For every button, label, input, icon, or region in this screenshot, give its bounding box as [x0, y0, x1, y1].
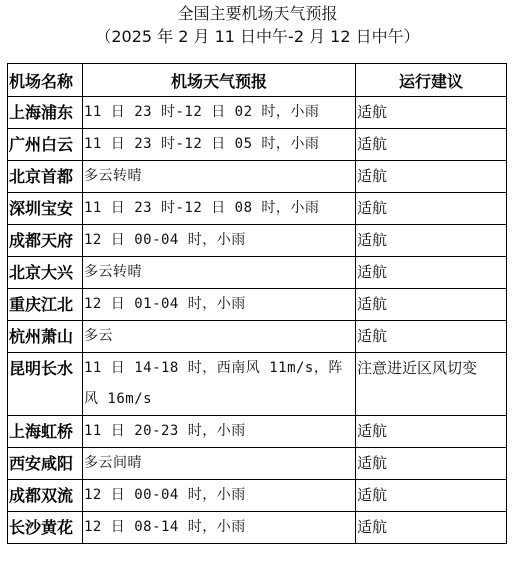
- weather-forecast: 11 日 20-23 时，小雨: [83, 416, 356, 448]
- airport-name: 成都天府: [8, 225, 83, 257]
- weather-forecast: 12 日 08-14 时，小雨: [83, 512, 356, 544]
- header-airport-name: 机场名称: [8, 64, 83, 97]
- weather-forecast: 11 日 14-18 时，西南风 11m/s，阵风 16m/s: [83, 353, 356, 416]
- weather-forecast: 11 日 23 时-12 日 02 时，小雨: [83, 97, 356, 129]
- weather-forecast: 11 日 23 时-12 日 08 时，小雨: [83, 193, 356, 225]
- table-row: 昆明长水 11 日 14-18 时，西南风 11m/s，阵风 16m/s 注意进…: [8, 353, 507, 416]
- table-row: 广州白云 11 日 23 时-12 日 05 时，小雨 适航: [8, 129, 507, 161]
- operation-advice: 适航: [356, 257, 507, 289]
- airport-name: 广州白云: [8, 129, 83, 161]
- airport-name: 北京大兴: [8, 257, 83, 289]
- table-row: 成都天府 12 日 00-04 时，小雨 适航: [8, 225, 507, 257]
- table-row: 杭州萧山 多云 适航: [8, 321, 507, 353]
- operation-advice: 注意进近区风切变: [356, 353, 507, 416]
- operation-advice: 适航: [356, 129, 507, 161]
- document-subtitle: （2025 年 2 月 11 日中午-2 月 12 日中午）: [0, 27, 515, 47]
- table-row: 上海虹桥 11 日 20-23 时，小雨 适航: [8, 416, 507, 448]
- weather-forecast: 多云间晴: [83, 448, 356, 480]
- operation-advice: 适航: [356, 480, 507, 512]
- airport-name: 重庆江北: [8, 289, 83, 321]
- table-header-row: 机场名称 机场天气预报 运行建议: [8, 64, 507, 97]
- table-row: 西安咸阳 多云间晴 适航: [8, 448, 507, 480]
- operation-advice: 适航: [356, 416, 507, 448]
- operation-advice: 适航: [356, 193, 507, 225]
- table-row: 成都双流 12 日 00-04 时，小雨 适航: [8, 480, 507, 512]
- weather-forecast: 12 日 01-04 时，小雨: [83, 289, 356, 321]
- airport-name: 成都双流: [8, 480, 83, 512]
- operation-advice: 适航: [356, 225, 507, 257]
- operation-advice: 适航: [356, 321, 507, 353]
- weather-forecast: 11 日 23 时-12 日 05 时，小雨: [83, 129, 356, 161]
- operation-advice: 适航: [356, 97, 507, 129]
- weather-forecast: 12 日 00-04 时，小雨: [83, 225, 356, 257]
- airport-name: 上海虹桥: [8, 416, 83, 448]
- table-row: 北京大兴 多云转晴 适航: [8, 257, 507, 289]
- airport-name: 深圳宝安: [8, 193, 83, 225]
- airport-weather-table: 机场名称 机场天气预报 运行建议 上海浦东 11 日 23 时-12 日 02 …: [7, 63, 507, 544]
- airport-name: 上海浦东: [8, 97, 83, 129]
- weather-forecast: 12 日 00-04 时，小雨: [83, 480, 356, 512]
- operation-advice: 适航: [356, 512, 507, 544]
- weather-forecast: 多云转晴: [83, 161, 356, 193]
- table-row: 重庆江北 12 日 01-04 时，小雨 适航: [8, 289, 507, 321]
- airport-name: 长沙黄花: [8, 512, 83, 544]
- document-title: 全国主要机场天气预报: [0, 4, 515, 24]
- operation-advice: 适航: [356, 161, 507, 193]
- airport-name: 西安咸阳: [8, 448, 83, 480]
- table-row: 深圳宝安 11 日 23 时-12 日 08 时，小雨 适航: [8, 193, 507, 225]
- operation-advice: 适航: [356, 289, 507, 321]
- airport-name: 昆明长水: [8, 353, 83, 416]
- airport-name: 北京首都: [8, 161, 83, 193]
- weather-forecast: 多云转晴: [83, 257, 356, 289]
- airport-name: 杭州萧山: [8, 321, 83, 353]
- weather-forecast: 多云: [83, 321, 356, 353]
- table-row: 上海浦东 11 日 23 时-12 日 02 时，小雨 适航: [8, 97, 507, 129]
- table-row: 北京首都 多云转晴 适航: [8, 161, 507, 193]
- header-operation-advice: 运行建议: [356, 64, 507, 97]
- header-weather-forecast: 机场天气预报: [83, 64, 356, 97]
- table-row: 长沙黄花 12 日 08-14 时，小雨 适航: [8, 512, 507, 544]
- operation-advice: 适航: [356, 448, 507, 480]
